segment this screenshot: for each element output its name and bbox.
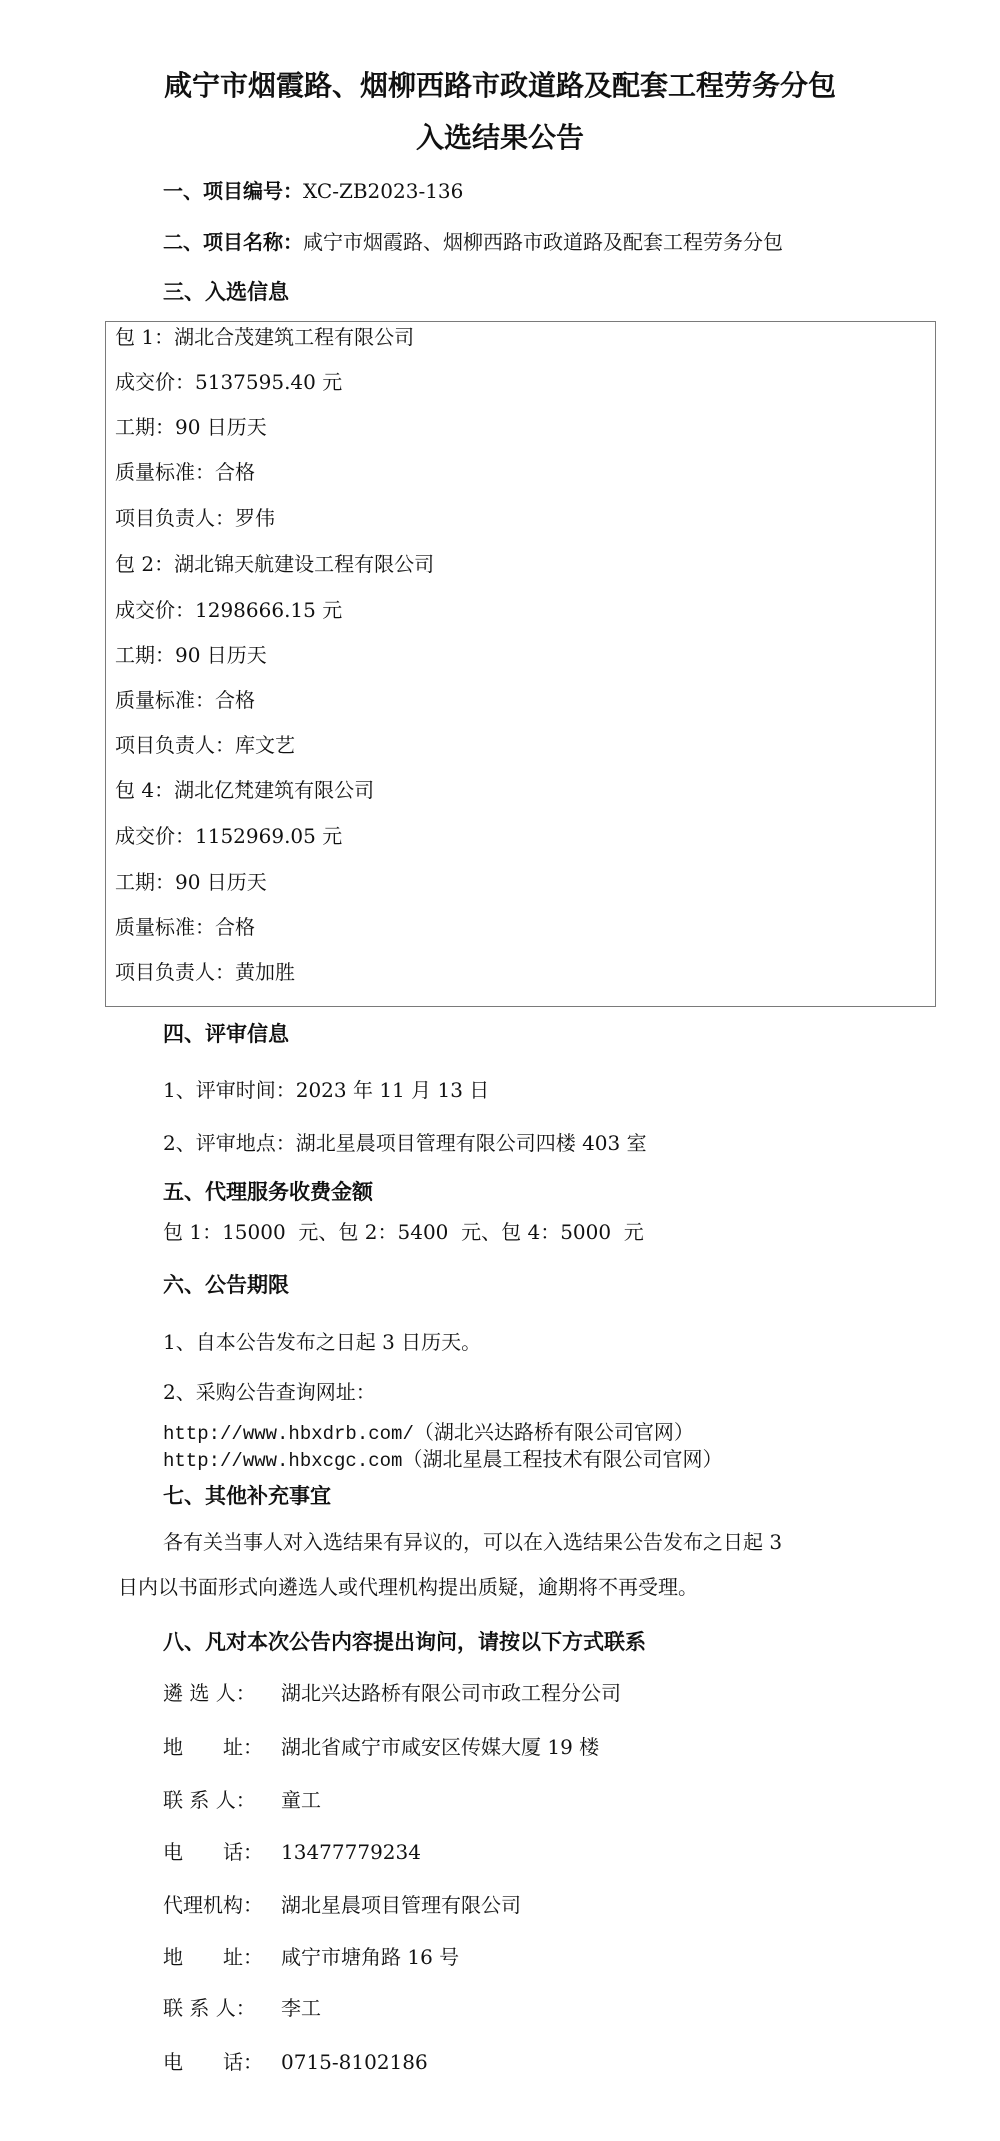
selector-phone-value: 13477779234 (281, 1840, 421, 1864)
selector-address-row: 地 址：湖北省咸宁市咸安区传媒大厦 19 楼 (163, 1737, 599, 1757)
agency-fee-amounts: 包 1：15000 元、包 2：5400 元、包 4：5000 元 (163, 1222, 644, 1242)
notice-period-item-1: 1、自本公告发布之日起 3 日历天。 (163, 1332, 481, 1352)
package-4-period: 工期：90 日历天 (115, 872, 267, 892)
document-title-line2: 入选结果公告 (0, 124, 1000, 152)
package-2-price: 成交价：1298666.15 元 (115, 600, 342, 620)
url-link-hbxdrb[interactable]: http://www.hbxdrb.com/ (163, 1423, 414, 1445)
agency-phone-row: 电 话：0715-8102186 (163, 2052, 428, 2072)
selector-contact-row: 联 系 人：童工 (163, 1790, 321, 1810)
section-heading-notice-period: 六、公告期限 (163, 1275, 289, 1296)
selector-contact-label: 联 系 人： (163, 1790, 281, 1810)
review-time: 1、评审时间：2023 年 11 月 13 日 (163, 1080, 489, 1100)
section-heading-agency-fee: 五、代理服务收费金额 (163, 1182, 373, 1203)
agency-contact-label: 联 系 人： (163, 1998, 281, 2018)
selector-address-label: 地 址： (163, 1737, 281, 1757)
project-number-label: 一、项目编号： (163, 179, 303, 203)
supplementary-paragraph-line1: 各有关当事人对入选结果有异议的，可以在入选结果公告发布之日起 3 (163, 1532, 782, 1552)
selector-contact-value: 童工 (281, 1788, 321, 1812)
supplementary-paragraph-line2: 日内以书面形式向遴选人或代理机构提出质疑，逾期将不再受理。 (118, 1577, 698, 1597)
package-1-quality: 质量标准：合格 (115, 462, 255, 482)
package-4-name: 包 4：湖北亿梵建筑有限公司 (115, 780, 374, 800)
package-4-quality: 质量标准：合格 (115, 917, 255, 937)
package-1-manager: 项目负责人：罗伟 (115, 508, 275, 528)
package-1-period: 工期：90 日历天 (115, 417, 267, 437)
selector-name-row: 遴 选 人：湖北兴达路桥有限公司市政工程分公司 (163, 1683, 621, 1703)
agency-contact-value: 李工 (281, 1996, 321, 2020)
selector-name-value: 湖北兴达路桥有限公司市政工程分公司 (281, 1681, 621, 1705)
url-note-hbxcgc: （湖北星晨工程技术有限公司官网） (402, 1447, 722, 1471)
selector-phone-row: 电 话：13477779234 (163, 1842, 421, 1862)
package-2-manager: 项目负责人：库文艺 (115, 735, 295, 755)
package-2-period: 工期：90 日历天 (115, 645, 267, 665)
url-line-1: http://www.hbxdrb.com/（湖北兴达路桥有限公司官网） (163, 1422, 694, 1444)
url-line-2: http://www.hbxcgc.com（湖北星晨工程技术有限公司官网） (163, 1449, 722, 1471)
section-heading-supplementary: 七、其他补充事宜 (163, 1486, 331, 1507)
project-number: 一、项目编号：XC-ZB2023-136 (163, 181, 463, 201)
agency-phone-label: 电 话： (163, 2052, 281, 2072)
agency-contact-row: 联 系 人：李工 (163, 1998, 321, 2018)
selector-phone-label: 电 话： (163, 1842, 281, 1862)
section-heading-review-info: 四、评审信息 (163, 1024, 289, 1045)
package-2-name: 包 2：湖北锦天航建设工程有限公司 (115, 554, 434, 574)
agency-name-row: 代理机构：湖北星晨项目管理有限公司 (163, 1895, 521, 1915)
agency-phone-value: 0715-8102186 (281, 2050, 428, 2074)
package-4-manager: 项目负责人：黄加胜 (115, 962, 295, 982)
package-1-name: 包 1：湖北合茂建筑工程有限公司 (115, 327, 414, 347)
selector-address-value: 湖北省咸宁市咸安区传媒大厦 19 楼 (281, 1735, 599, 1759)
notice-period-item-2: 2、采购公告查询网址： (163, 1382, 376, 1402)
agency-address-row: 地 址：咸宁市塘角路 16 号 (163, 1947, 459, 1967)
section-heading-contact: 八、凡对本次公告内容提出询问，请按以下方式联系 (163, 1632, 646, 1653)
agency-address-value: 咸宁市塘角路 16 号 (281, 1945, 459, 1969)
review-place: 2、评审地点：湖北星晨项目管理有限公司四楼 403 室 (163, 1133, 647, 1153)
agency-name-label: 代理机构： (163, 1895, 281, 1915)
url-note-hbxdrb: （湖北兴达路桥有限公司官网） (414, 1420, 694, 1444)
url-link-hbxcgc[interactable]: http://www.hbxcgc.com (163, 1450, 402, 1472)
package-2-quality: 质量标准：合格 (115, 690, 255, 710)
project-name: 二、项目名称：咸宁市烟霞路、烟柳西路市政道路及配套工程劳务分包 (163, 232, 783, 252)
section-heading-selection-info: 三、入选信息 (163, 282, 289, 303)
project-name-label: 二、项目名称： (163, 230, 303, 254)
package-1-price: 成交价：5137595.40 元 (115, 372, 342, 392)
agency-name-value: 湖北星晨项目管理有限公司 (281, 1893, 521, 1917)
agency-address-label: 地 址： (163, 1947, 281, 1967)
package-4-price: 成交价：1152969.05 元 (115, 826, 342, 846)
project-name-value: 咸宁市烟霞路、烟柳西路市政道路及配套工程劳务分包 (303, 230, 783, 254)
selector-name-label: 遴 选 人： (163, 1683, 281, 1703)
project-number-value: XC-ZB2023-136 (303, 179, 463, 203)
document-title-line1: 咸宁市烟霞路、烟柳西路市政道路及配套工程劳务分包 (0, 72, 1000, 100)
